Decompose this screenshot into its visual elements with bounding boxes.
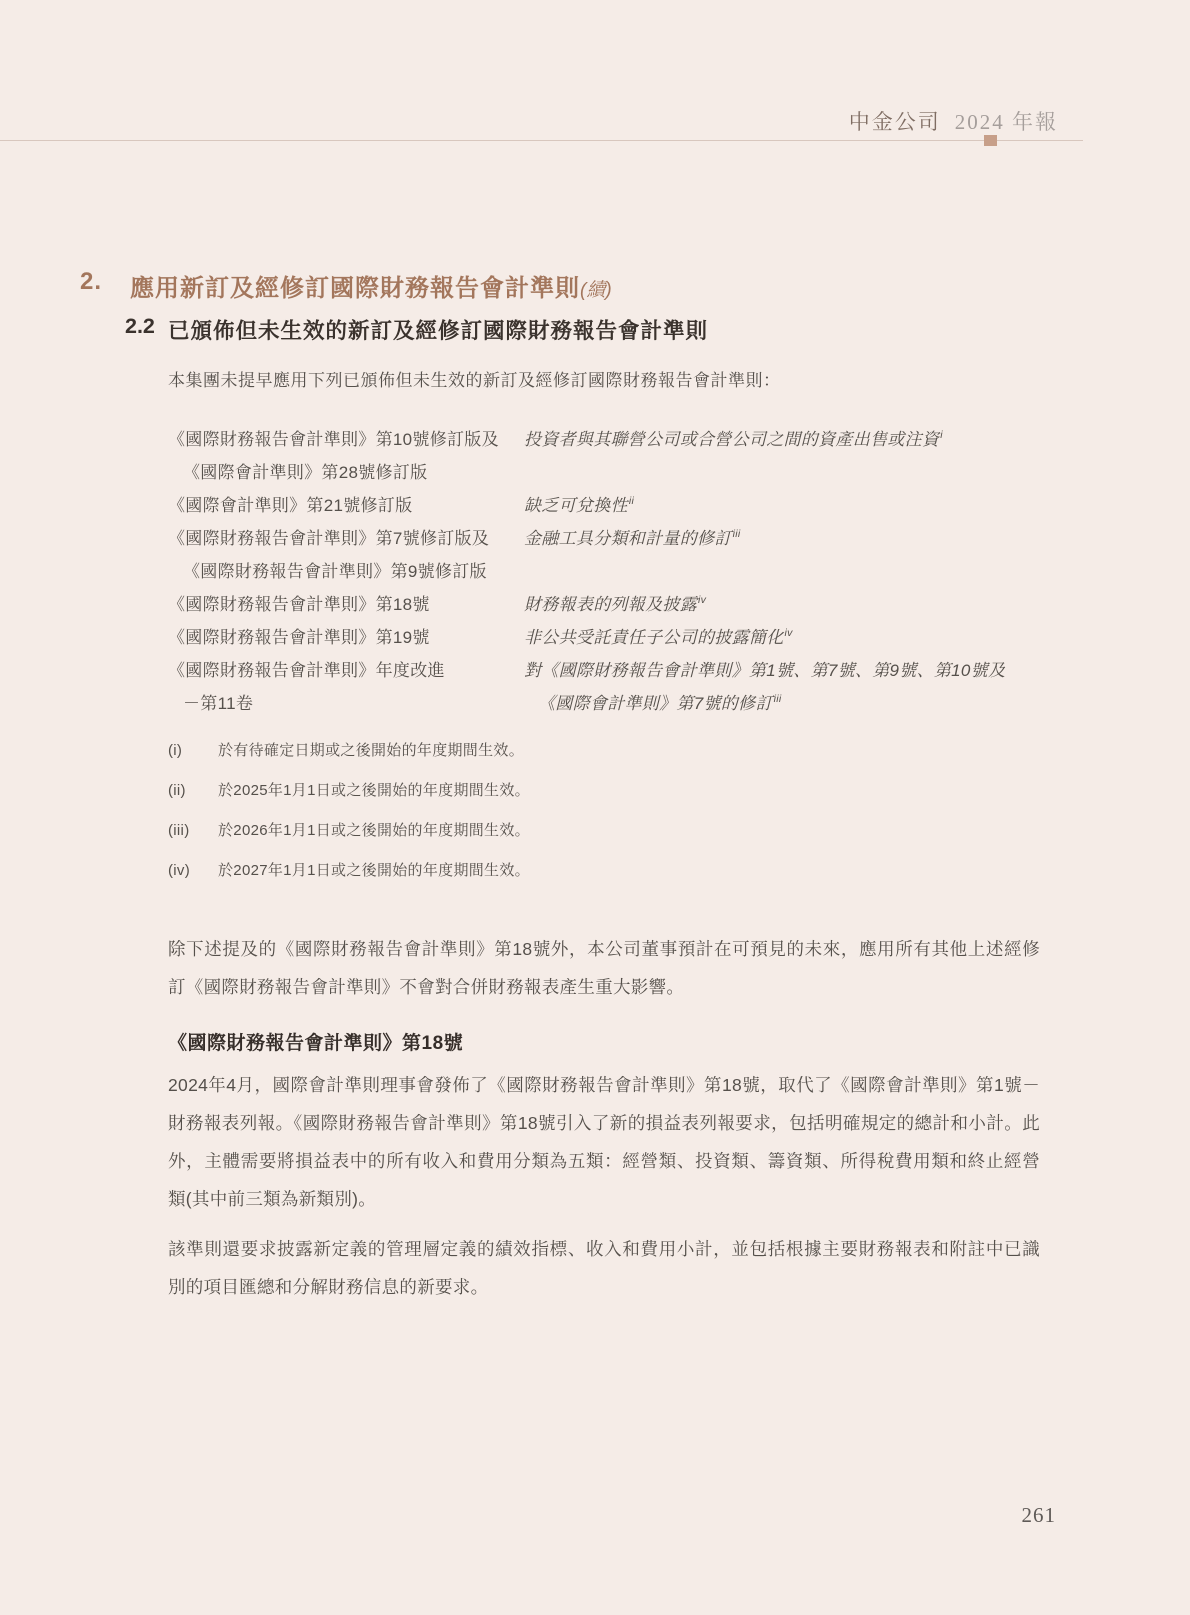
footnote-label: (iii): [168, 820, 218, 842]
ifrs18-paragraph-1: 2024年4月，國際會計準則理事會發佈了《國際財務報告會計準則》第18號，取代了…: [168, 1066, 1040, 1218]
table-row: 《國際財務報告會計準則》第7號修訂版及 《國際財務報告會計準則》第9號修訂版 金…: [168, 522, 1040, 588]
standard-subject: 投資者與其聯營公司或合營公司之間的資產出售或注資i: [524, 423, 1040, 456]
footnote-ref: ii: [629, 495, 634, 507]
footnote-text: 於2026年1月1日或之後開始的年度期間生效。: [218, 820, 530, 842]
report-edition: 2024 年報: [955, 110, 1058, 134]
standards-table: 《國際財務報告會計準則》第10號修訂版及 《國際會計準則》第28號修訂版 投資者…: [168, 423, 1040, 720]
standard-subject: 非公共受託責任子公司的披露簡化iv: [524, 621, 1040, 654]
footnote-ref: iv: [698, 594, 706, 606]
footnote-label: (iv): [168, 860, 218, 882]
footnote-text: 於2027年1月1日或之後開始的年度期間生效。: [218, 860, 530, 882]
section-continued-suffix: (續): [580, 280, 612, 301]
standard-subject: 財務報表的列報及披露iv: [524, 588, 1040, 621]
standard-name: 《國際財務報告會計準則》第7號修訂版及 《國際財務報告會計準則》第9號修訂版: [168, 522, 524, 588]
standard-name: 《國際財務報告會計準則》年度改進 －第11卷: [168, 654, 524, 720]
standard-name: 《國際財務報告會計準則》第18號: [168, 588, 524, 621]
paragraph-no-material-impact: 除下述提及的《國際財務報告會計準則》第18號外，本公司董事預計在可預見的未來，應…: [168, 930, 1040, 1006]
section-number: 2.: [80, 268, 130, 303]
table-row: 《國際財務報告會計準則》第19號 非公共受託責任子公司的披露簡化iv: [168, 621, 1040, 654]
header-rule: [0, 140, 1083, 141]
table-row: 《國際會計準則》第21號修訂版 缺乏可兌換性ii: [168, 489, 1040, 522]
table-row: 《國際財務報告會計準則》第18號 財務報表的列報及披露iv: [168, 588, 1040, 621]
page-header: 中金公司2024 年報: [0, 106, 1058, 136]
footnotes-list: (i) 於有待確定日期或之後開始的年度期間生效。 (ii) 於2025年1月1日…: [168, 740, 1040, 900]
subsection-heading: 2.2 已頒佈但未生效的新訂及經修訂國際財務報告會計準則: [125, 314, 708, 345]
footnote-item: (ii) 於2025年1月1日或之後開始的年度期間生效。: [168, 780, 1040, 802]
subsection-title: 已頒佈但未生效的新訂及經修訂國際財務報告會計準則: [168, 314, 708, 345]
ifrs18-heading: 《國際財務報告會計準則》第18號: [168, 1028, 463, 1055]
section-title: 應用新訂及經修訂國際財務報告會計準則(續): [130, 268, 612, 303]
page-number: 261: [0, 1503, 1056, 1528]
company-name: 中金公司: [849, 110, 941, 134]
annual-report-page: 中金公司2024 年報 2. 應用新訂及經修訂國際財務報告會計準則(續) 2.2…: [0, 0, 1190, 1615]
header-rule-marker: [984, 135, 997, 146]
subsection-number: 2.2: [125, 314, 168, 345]
standard-subject: 金融工具分類和計量的修訂iii: [524, 522, 1040, 555]
table-row: 《國際財務報告會計準則》第10號修訂版及 《國際會計準則》第28號修訂版 投資者…: [168, 423, 1040, 489]
footnote-label: (i): [168, 740, 218, 762]
footnote-ref: i: [940, 429, 943, 441]
standard-name: 《國際財務報告會計準則》第19號: [168, 621, 524, 654]
section-heading: 2. 應用新訂及經修訂國際財務報告會計準則(續): [80, 268, 612, 303]
footnote-text: 於2025年1月1日或之後開始的年度期間生效。: [218, 780, 530, 802]
intro-sentence: 本集團未提早應用下列已頒佈但未生效的新訂及經修訂國際財務報告會計準則：: [168, 366, 1040, 391]
footnote-ref: iii: [733, 528, 741, 540]
standard-subject: 缺乏可兌換性ii: [524, 489, 1040, 522]
footnote-item: (iii) 於2026年1月1日或之後開始的年度期間生效。: [168, 820, 1040, 842]
footnote-text: 於有待確定日期或之後開始的年度期間生效。: [218, 740, 524, 762]
standard-subject: 對《國際財務報告會計準則》第1號、第7號、第9號、第10號及 《國際會計準則》第…: [524, 654, 1040, 720]
footnote-ref: iv: [785, 627, 793, 639]
ifrs18-paragraph-2: 該準則還要求披露新定義的管理層定義的績效指標、收入和費用小計，並包括根據主要財務…: [168, 1230, 1040, 1306]
footnote-ref: iii: [774, 693, 782, 705]
standard-name: 《國際會計準則》第21號修訂版: [168, 489, 524, 522]
footnote-item: (i) 於有待確定日期或之後開始的年度期間生效。: [168, 740, 1040, 762]
footnote-label: (ii): [168, 780, 218, 802]
standard-name: 《國際財務報告會計準則》第10號修訂版及 《國際會計準則》第28號修訂版: [168, 423, 524, 489]
footnote-item: (iv) 於2027年1月1日或之後開始的年度期間生效。: [168, 860, 1040, 882]
table-row: 《國際財務報告會計準則》年度改進 －第11卷 對《國際財務報告會計準則》第1號、…: [168, 654, 1040, 720]
